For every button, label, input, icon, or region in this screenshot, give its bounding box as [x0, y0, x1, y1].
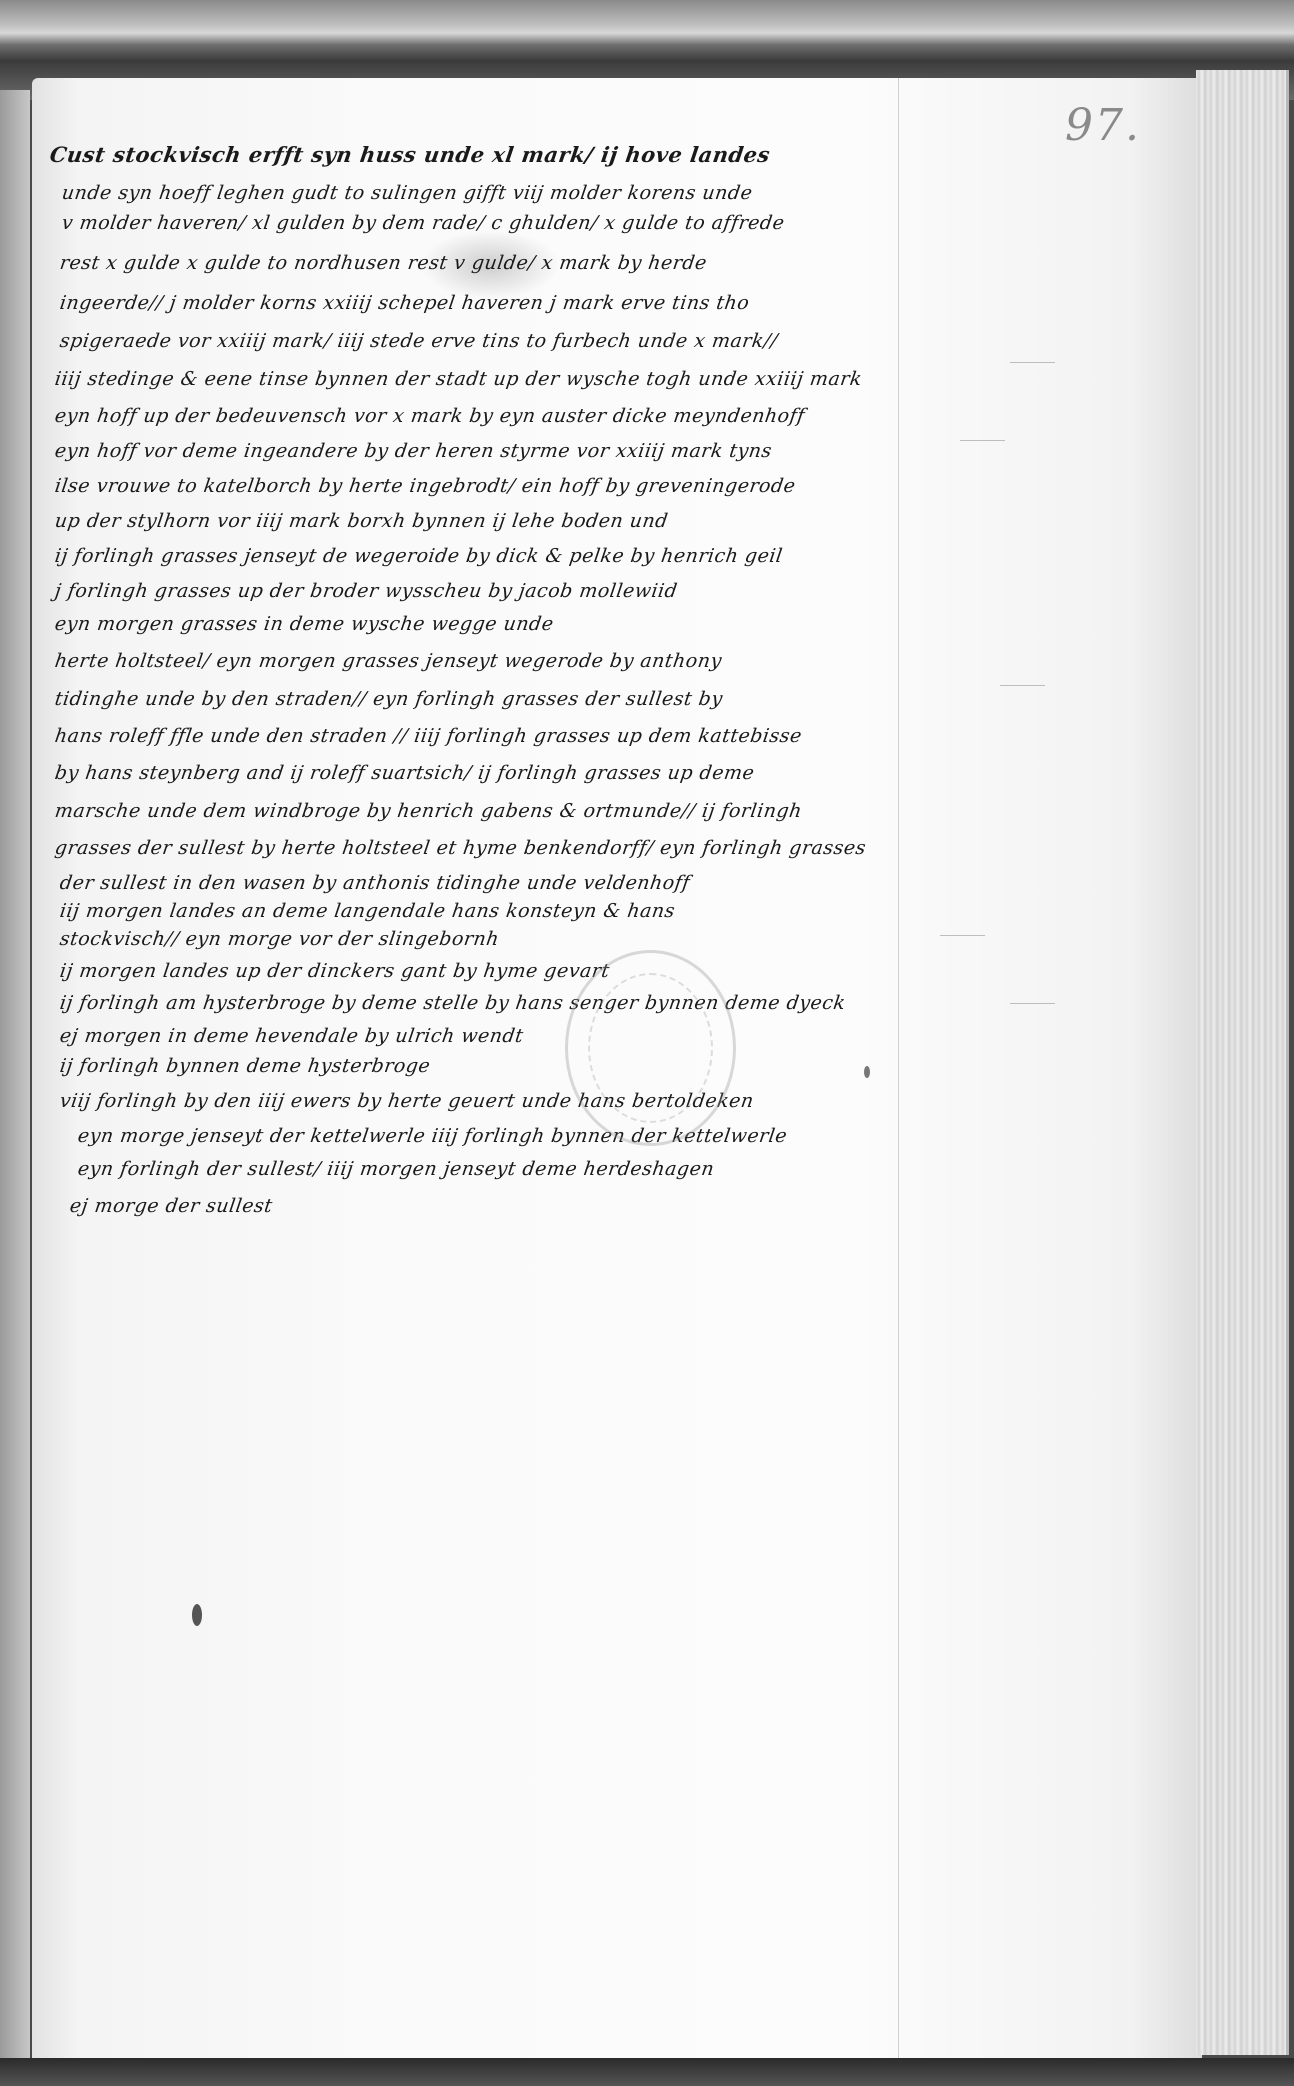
margin-mark: [1010, 362, 1055, 363]
text-line: herte holtsteel/ eyn morgen grasses jens…: [53, 650, 723, 672]
text-line: ilse vrouwe to katelborch by herte ingeb…: [53, 475, 797, 497]
text-line: eyn hoff vor deme ingeandere by der here…: [53, 440, 773, 462]
text-line: by hans steynberg and ij roleff suartsic…: [53, 762, 755, 784]
ink-blot: [192, 1604, 202, 1626]
text-line: Cust stockvisch erfft syn huss unde xl m…: [48, 142, 772, 167]
text-line: tidinghe unde by den straden// eyn forli…: [53, 688, 724, 710]
text-line: up der stylhorn vor iiij mark borxh bynn…: [53, 510, 669, 532]
margin-mark: [940, 935, 985, 936]
text-line: ej morgen in deme hevendale by ulrich we…: [58, 1025, 524, 1047]
text-line: hans roleff ffle unde den straden // iii…: [53, 725, 803, 747]
text-line: ij forlingh bynnen deme hysterbroge: [58, 1055, 431, 1077]
margin-mark: [1000, 685, 1045, 686]
text-line: iij morgen landes an deme langendale han…: [58, 900, 676, 922]
text-line: eyn morgen grasses in deme wysche wegge …: [53, 613, 555, 635]
folio-number: 97.: [1065, 100, 1141, 151]
text-line: der sullest in den wasen by anthonis tid…: [58, 872, 691, 894]
text-line: spigeraede vor xxiiij mark/ iiij stede e…: [58, 330, 779, 352]
text-line: v molder haveren/ xl gulden by dem rade/…: [60, 212, 786, 234]
library-stamp-seal: [565, 950, 736, 1146]
margin-mark: [1010, 1003, 1055, 1004]
text-line: ingeerde// j molder korns xxiiij schepel…: [58, 292, 750, 314]
text-line: stockvisch// eyn morge vor der slingebor…: [58, 928, 500, 950]
margin-mark: [960, 440, 1005, 441]
text-line: marsche unde dem windbroge by henrich ga…: [53, 800, 803, 822]
text-line: j forlingh grasses up der broder wyssche…: [53, 580, 678, 602]
facing-page-edge: [0, 90, 30, 2060]
book-cover-bottom: [0, 2058, 1294, 2086]
text-line: unde syn hoeff leghen gudt to sulingen g…: [60, 182, 753, 204]
margin-ruling-line: [898, 78, 899, 2058]
text-line: iiij stedinge & eene tinse bynnen der st…: [53, 368, 863, 390]
text-line: ej morge der sullest: [68, 1195, 274, 1217]
text-line: ij forlingh grasses jenseyt de wegeroide…: [53, 545, 784, 567]
page-stack-edges: [1196, 70, 1289, 2055]
text-line: rest x gulde x gulde to nordhusen rest v…: [58, 252, 708, 274]
text-line: ij morgen landes up der dinckers gant by…: [58, 960, 611, 982]
text-line: eyn forlingh der sullest/ iiij morgen je…: [76, 1158, 715, 1180]
text-line: grasses der sullest by herte holtsteel e…: [53, 837, 867, 859]
scanner-top-edge: [0, 0, 1294, 60]
ink-spot: [864, 1066, 870, 1078]
text-line: eyn hoff up der bedeuvensch vor x mark b…: [53, 405, 806, 427]
